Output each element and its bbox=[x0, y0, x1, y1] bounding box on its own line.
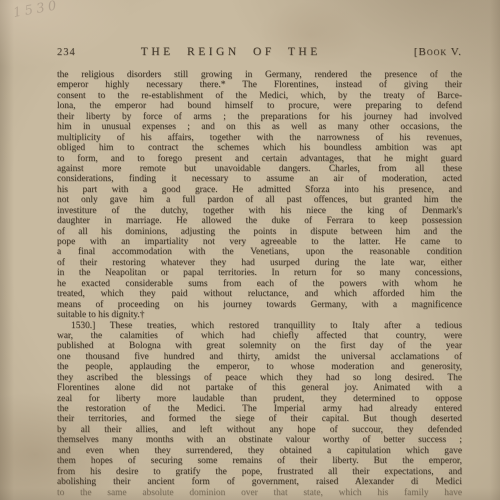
text-line: not only gave him a full pardon of all p… bbox=[57, 195, 462, 205]
text-line: published at Bologna with great solemnit… bbox=[57, 341, 462, 351]
text-line: daughter in marriage. He allowed the duk… bbox=[57, 216, 462, 226]
text-line: emperor highly necessary there.* The Flo… bbox=[57, 80, 462, 90]
handwritten-note: 1530 bbox=[12, 0, 61, 21]
text-line: one thousand five hundred and thirty, am… bbox=[57, 352, 462, 362]
text-line: zeal for liberty more laudable than prud… bbox=[57, 394, 462, 404]
text-line: war, the calamities of which had chiefly… bbox=[57, 331, 462, 341]
text-line: his part with a good grace. He admitted … bbox=[57, 185, 462, 195]
text-line: themselves many months with an obstinate… bbox=[57, 435, 462, 445]
paragraph: 1530.] These treaties, which restored tr… bbox=[57, 321, 462, 498]
text-line: against more remote but unavoidable dang… bbox=[57, 164, 462, 174]
text-line: of all his dominions, adjusting the poin… bbox=[57, 227, 462, 237]
text-line: means of proceeding on his journey towar… bbox=[57, 300, 462, 310]
text-line: of their restoring whatever they had usu… bbox=[57, 258, 462, 268]
text-line: obliged him to contract the schemes whic… bbox=[57, 143, 462, 153]
text-line: treated, which they paid without relucta… bbox=[57, 289, 462, 299]
text-line: them hopes of securing some remains of t… bbox=[57, 456, 462, 466]
text-line: they ascribed the blessings of peace whi… bbox=[57, 373, 462, 383]
text-line: from his desire to gratify the pope, fru… bbox=[57, 467, 462, 477]
text-line: the religious disorders still growing in… bbox=[57, 70, 462, 80]
text-line: and even when they surrendered, they obt… bbox=[57, 446, 462, 456]
text-line: the people, applauding the emperor, to w… bbox=[57, 362, 462, 372]
text-line: abolishing their ancient form of governm… bbox=[57, 477, 462, 487]
text-line: Florentines alone did not partake of thi… bbox=[57, 383, 462, 393]
text-line: lona, the emperor had bound himself to p… bbox=[57, 101, 462, 111]
text-line: pope with an impartiality not very agree… bbox=[57, 237, 462, 247]
text-line: multiplicity of his affairs, together wi… bbox=[57, 133, 462, 143]
text-line: to the same absolute dominion over that … bbox=[57, 488, 462, 498]
text-line: investiture of the dutchy, together with… bbox=[57, 206, 462, 216]
text-line: consent to the re-establishment of the M… bbox=[57, 91, 462, 101]
text-line: he exacted considerable sums from each o… bbox=[57, 279, 462, 289]
book-page: 1530 234 THE REIGN OF THE [Book V. the r… bbox=[0, 0, 500, 500]
text-line: suitable to his dignity.† bbox=[57, 310, 462, 320]
text-line: their liberty by force of arms ; the pre… bbox=[57, 112, 462, 122]
text-line: by all their allies, and left without an… bbox=[57, 425, 462, 435]
book-label: [Book V. bbox=[414, 46, 462, 58]
page-title: THE REIGN OF THE bbox=[62, 46, 400, 58]
text-line: 1530.] These treaties, which restored tr… bbox=[57, 321, 462, 331]
text-line: a final accommodation with the Venetians… bbox=[57, 247, 462, 257]
text-line: considerations, finding it necessary to … bbox=[57, 174, 462, 184]
text-line: the restoration of the Medici. The Imper… bbox=[57, 404, 462, 414]
paragraph: the religious disorders still growing in… bbox=[57, 70, 462, 321]
text-line: to form, and to forego present and certa… bbox=[57, 154, 462, 164]
text-line: in the Neapolitan or papal territories. … bbox=[57, 268, 462, 278]
body-text: the religious disorders still growing in… bbox=[57, 70, 462, 498]
text-line: their territories, and formed the siege … bbox=[57, 414, 462, 424]
text-line: him in unusual expenses ; and on this as… bbox=[57, 122, 462, 132]
running-head: 234 THE REIGN OF THE [Book V. bbox=[57, 46, 462, 58]
